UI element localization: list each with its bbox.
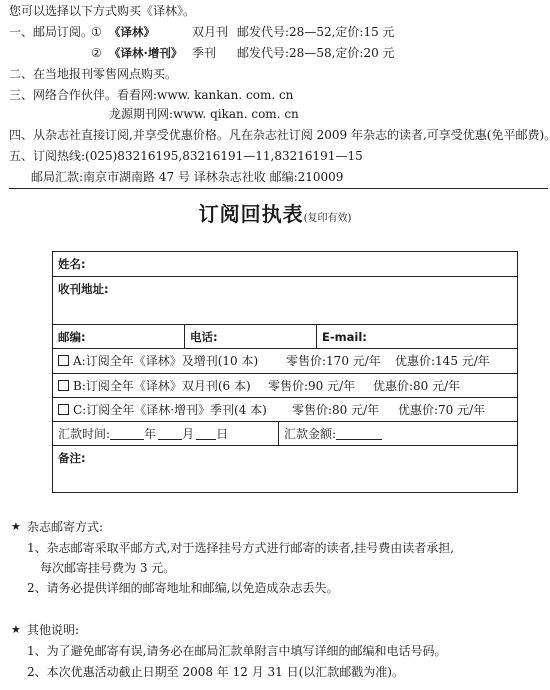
postcode-field[interactable]: 邮编: (53, 325, 184, 348)
year-label: 年 (144, 427, 156, 441)
remit-time-field[interactable]: 汇款时间:年月日 (53, 422, 278, 445)
postcode-label: 邮编: (58, 330, 86, 344)
other-item-2: 2、本次优惠活动截止日期至 2008 年 12 月 31 日(以汇款邮戳为准)。 (27, 664, 404, 680)
item-code-price: 邮发代号:28—58,定价:20 元 (237, 45, 395, 61)
other-item-1: 1、为了避免邮寄有误,请务必在邮局汇款单附言中填写详细的邮编和电话号码。 (27, 643, 446, 659)
remit-amount-label: 汇款金额: (284, 427, 336, 441)
option-c-checkbox[interactable] (58, 404, 69, 415)
phone-label: 电话: (190, 330, 218, 344)
form-row-option-b: B:订阅全年《译林》双月刊(6 本) 零售价:90 元/年 优惠价:80 元/年 (53, 373, 517, 397)
option-a-checkbox[interactable] (58, 355, 69, 366)
option-a[interactable]: A:订阅全年《译林》及增刊(10 本) 零售价:170 元/年 优惠价:145 … (53, 349, 517, 373)
option-c-retail-price: 零售价:80 元/年 (292, 402, 379, 418)
item-name: 《译林·增刊》 (109, 45, 182, 61)
method-1-prefix: 一、邮局订阅。 (9, 24, 93, 40)
mailing-item-1: 1、杂志邮寄采取平邮方式,对于选择挂号方式进行邮寄的读者,挂号费由读者承担, (27, 540, 454, 556)
intro-text: 您可以选择以下方式购买《译林》。 (9, 3, 195, 19)
mailing-heading: 杂志邮寄方式: (27, 519, 103, 535)
name-field[interactable]: 姓名: (53, 252, 517, 276)
item-number: ① (91, 24, 102, 40)
name-label: 姓名: (58, 257, 86, 271)
option-c-discount-price: 优惠价:70 元/年 (398, 402, 485, 418)
option-c[interactable]: C:订阅全年《译林·增刊》季刊(4 本) 零售价:80 元/年 优惠价:70 元… (53, 398, 517, 421)
email-label: E-mail: (322, 330, 367, 344)
other-heading: 其他说明: (27, 622, 79, 638)
option-a-label: A:订阅全年《译林》及增刊(10 本) (73, 354, 258, 368)
address-field[interactable]: 收刊地址: (53, 277, 517, 324)
item-frequency: 双月刊 (192, 24, 228, 40)
method-5-hotline: 五、订阅热线:(025)83216195,83216191—11,8321619… (9, 148, 363, 164)
form-row-option-a: A:订阅全年《译林》及增刊(10 本) 零售价:170 元/年 优惠价:145 … (53, 348, 517, 373)
day-blank[interactable] (196, 427, 216, 440)
option-c-label: C:订阅全年《译林·增刊》季刊(4 本) (73, 403, 267, 417)
phone-field[interactable]: 电话: (184, 325, 316, 348)
remit-amount-field[interactable]: 汇款金额: (278, 422, 519, 445)
method-4: 四、从杂志社直接订阅,并享受优惠价格。凡在杂志社订阅 2009 年杂志的读者,可… (9, 127, 550, 143)
form-row-remarks: 备注: (53, 445, 517, 492)
mailing-item-2: 2、请务必提供详细的邮寄地址和邮编,以免造成杂志丢失。 (27, 580, 338, 596)
option-b-label: B:订阅全年《译林》双月刊(6 本) (73, 379, 251, 393)
option-b-discount-price: 优惠价:80 元/年 (373, 378, 460, 394)
option-b-checkbox[interactable] (58, 380, 69, 391)
method-5-remittance: 邮局汇款:南京市湖南路 47 号 译林杂志社收 邮编:210009 (31, 169, 343, 185)
item-number: ② (91, 45, 102, 61)
amount-blank[interactable] (336, 427, 382, 440)
subscription-form: 姓名: 收刊地址: 邮编: 电话: E-mail: A:订阅全年《译林》及增刊(… (52, 251, 518, 493)
remit-time-label: 汇款时间: (58, 427, 110, 441)
star-icon: ★ (11, 519, 21, 535)
form-row-option-c: C:订阅全年《译林·增刊》季刊(4 本) 零售价:80 元/年 优惠价:70 元… (53, 397, 517, 421)
address-label: 收刊地址: (58, 282, 109, 296)
form-row-contact: 邮编: 电话: E-mail: (53, 324, 517, 348)
item-name: 《译林》 (109, 24, 155, 40)
option-b[interactable]: B:订阅全年《译林》双月刊(6 本) 零售价:90 元/年 优惠价:80 元/年 (53, 374, 517, 397)
method-3-longyuan: 龙源期刊网:www. qikan. com. cn (109, 106, 299, 122)
remarks-field[interactable]: 备注: (53, 446, 517, 492)
remarks-label: 备注: (58, 451, 86, 465)
day-label: 日 (216, 427, 228, 441)
star-icon: ★ (11, 622, 21, 638)
item-code-price: 邮发代号:28—52,定价:15 元 (237, 24, 395, 40)
mailing-item-1-cont: 每次邮寄挂号费为 3 元。 (40, 560, 175, 576)
divider (9, 188, 548, 189)
option-b-retail-price: 零售价:90 元/年 (268, 378, 355, 394)
form-row-remittance: 汇款时间:年月日 汇款金额: (53, 421, 517, 445)
form-row-address: 收刊地址: (53, 276, 517, 324)
month-blank[interactable] (158, 427, 182, 440)
form-title-main: 订阅回执表 (199, 202, 304, 226)
option-a-discount-price: 优惠价:145 元/年 (395, 353, 490, 369)
month-label: 月 (182, 427, 194, 441)
method-2: 二、在当地报刊零售网点购买。 (9, 66, 177, 82)
form-row-name: 姓名: (53, 252, 517, 276)
year-blank[interactable] (110, 427, 144, 440)
method-3: 三、网络合作伙伴。看看网:www. kankan. com. cn (9, 87, 293, 103)
form-title: 订阅回执表(复印有效) (0, 201, 550, 232)
email-field[interactable]: E-mail: (316, 325, 519, 348)
option-a-retail-price: 零售价:170 元/年 (286, 353, 381, 369)
item-frequency: 季刊 (192, 45, 216, 61)
form-title-subtitle: (复印有效) (304, 213, 352, 224)
